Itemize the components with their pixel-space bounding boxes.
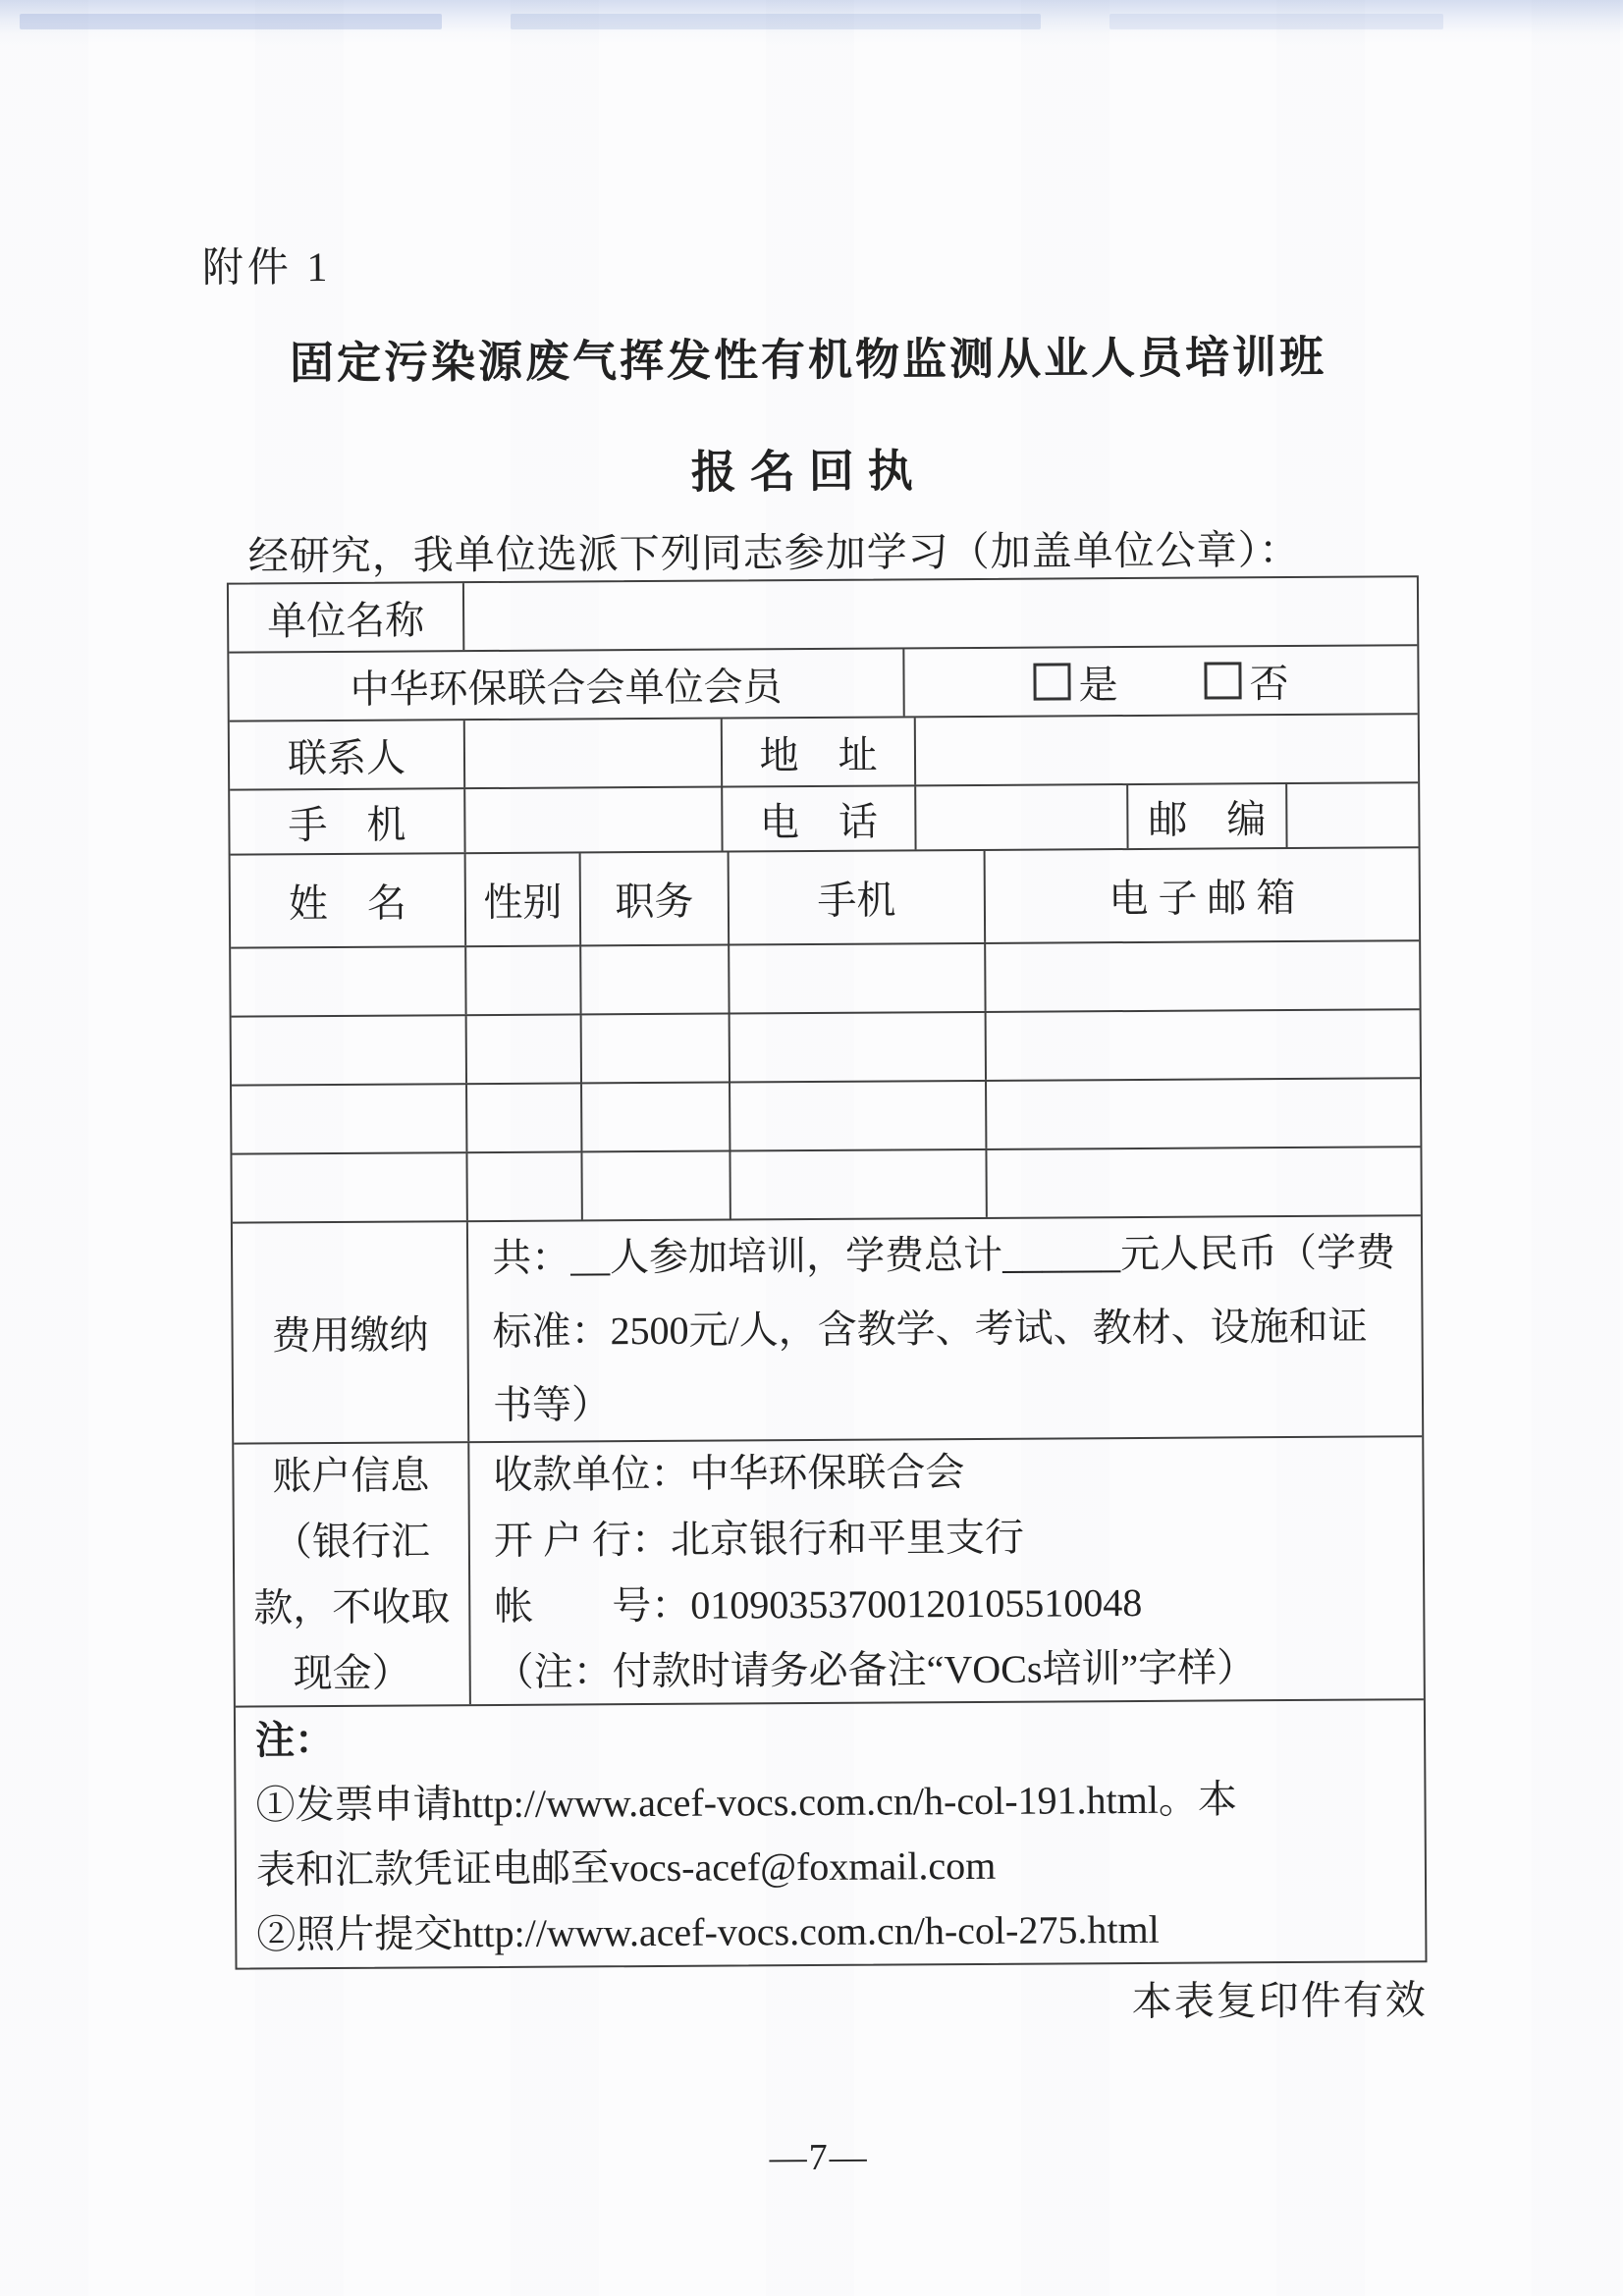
account-label-line: 现金） xyxy=(293,1640,410,1707)
email-line: 表和汇款凭证电邮至vocs-acef@foxmail.com xyxy=(256,1833,997,1902)
account-label-line: 款，不收取 xyxy=(253,1574,450,1640)
address-input-cell[interactable] xyxy=(916,715,1418,784)
zip-label: 邮 编 xyxy=(1128,784,1287,848)
roster-gender-cell[interactable] xyxy=(467,1084,582,1151)
fee-row: 费用缴纳 共：__人参加培训，学费总计______元人民币（学费 标准：2500… xyxy=(233,1216,1422,1444)
phone-input-cell[interactable] xyxy=(916,785,1128,849)
roster-name-cell[interactable] xyxy=(232,1153,467,1221)
page-number: —7— xyxy=(8,2131,1623,2184)
fee-content-cell: 共：__人参加培训，学费总计______元人民币（学费 标准：2500元/人，含… xyxy=(468,1216,1422,1441)
roster-mobile-cell[interactable] xyxy=(730,1013,987,1082)
account-label-line: （银行汇 xyxy=(273,1508,430,1575)
roster-empty-row xyxy=(232,1010,1420,1086)
membership-choice-cell: 是 否 xyxy=(904,646,1417,716)
address-label: 地 址 xyxy=(723,718,916,785)
roster-name-cell[interactable] xyxy=(231,947,466,1015)
unit-name-input-cell[interactable] xyxy=(464,577,1417,650)
notes-title: 注： xyxy=(255,1707,334,1772)
fee-label: 费用缴纳 xyxy=(233,1222,469,1442)
mobile-label: 手 机 xyxy=(230,789,465,853)
attachment-label: 附件 1 xyxy=(202,235,332,294)
unit-name-row: 单位名称 xyxy=(229,577,1417,653)
contact-address-row: 联系人 地 址 xyxy=(230,715,1418,790)
member-no-checkbox[interactable] xyxy=(1204,662,1241,699)
roster-mobile-cell[interactable] xyxy=(730,1082,987,1150)
roster-gender-cell[interactable] xyxy=(467,1015,582,1083)
form-subtitle: 报名回执 xyxy=(0,431,1620,506)
photo-url-line: ②照片提交http://www.acef-vocs.com.cn/h-col-2… xyxy=(256,1896,1160,1967)
page-sheet: 附件 1 固定污染源废气挥发性有机物监测从业人员培训班 报名回执 经研究，我单位… xyxy=(0,0,1623,2296)
member-no-label: 否 xyxy=(1249,653,1288,709)
member-yes-option[interactable]: 是 xyxy=(1033,654,1117,711)
roster-header-gender: 性别 xyxy=(466,853,582,945)
fee-line: 共：__人参加培训，学费总计______元人民币（学费 xyxy=(492,1215,1395,1295)
roster-position-cell[interactable] xyxy=(582,1015,730,1083)
roster-empty-row xyxy=(232,1079,1420,1154)
roster-empty-row xyxy=(231,941,1419,1017)
zip-input-cell[interactable] xyxy=(1287,783,1418,847)
roster-position-cell[interactable] xyxy=(582,1152,730,1220)
registration-table: 单位名称 中华环保联合会单位会员 是 否 xyxy=(227,575,1428,1969)
form-title: 固定污染源废气挥发性有机物监测从业人员培训班 xyxy=(0,319,1620,393)
payment-note-line: （注：付款时请务必备注“VOCs培训”字样） xyxy=(494,1634,1256,1705)
mobile-input-cell[interactable] xyxy=(465,788,723,853)
roster-name-cell[interactable] xyxy=(232,1085,467,1152)
contact-label: 联系人 xyxy=(230,721,465,788)
notes-cell: 注： ①发票申请http://www.acef-vocs.com.cn/h-co… xyxy=(236,1700,1426,1967)
fee-line: 书等） xyxy=(493,1367,611,1442)
roster-header-row: 姓 名 性别 职务 手机 电 子 邮 箱 xyxy=(231,848,1420,948)
fee-line: 标准：2500元/人，含教学、考试、教材、设施和证 xyxy=(492,1290,1368,1368)
roster-email-cell[interactable] xyxy=(986,941,1419,1011)
roster-email-cell[interactable] xyxy=(987,1010,1420,1080)
intro-text: 经研究，我单位选派下列同志参加学习（加盖单位公章）： xyxy=(248,517,1301,582)
roster-email-cell[interactable] xyxy=(987,1079,1420,1148)
account-content-cell: 收款单位：中华环保联合会 开 户 行：北京银行和平里支行 帐 号：0109035… xyxy=(469,1437,1424,1704)
roster-gender-cell[interactable] xyxy=(466,946,581,1014)
roster-mobile-cell[interactable] xyxy=(730,944,986,1013)
roster-name-cell[interactable] xyxy=(232,1016,467,1084)
invoice-url-line: ①发票申请http://www.acef-vocs.com.cn/h-col-1… xyxy=(255,1767,1237,1838)
membership-row: 中华环保联合会单位会员 是 否 xyxy=(229,646,1417,721)
account-row: 账户信息 （银行汇 款，不收取 现金） 收款单位：中华环保联合会 开 户 行：北… xyxy=(234,1437,1424,1707)
member-no-option[interactable]: 否 xyxy=(1204,653,1288,710)
roster-position-cell[interactable] xyxy=(582,1084,730,1151)
roster-gender-cell[interactable] xyxy=(467,1152,582,1220)
roster-header-name: 姓 名 xyxy=(231,854,467,946)
contact-input-cell[interactable] xyxy=(465,720,723,788)
roster-email-cell[interactable] xyxy=(987,1148,1420,1217)
mobile-phone-zip-row: 手 机 电 话 邮 编 xyxy=(230,783,1418,855)
unit-name-label: 单位名称 xyxy=(229,583,464,651)
membership-label: 中华环保联合会单位会员 xyxy=(229,649,904,720)
copy-validity-note: 本表复印件有效 xyxy=(1132,1967,1428,2027)
member-yes-checkbox[interactable] xyxy=(1033,663,1070,700)
account-label: 账户信息 （银行汇 款，不收取 现金） xyxy=(234,1443,471,1705)
roster-header-mobile: 手机 xyxy=(730,851,987,944)
bank-line: 开 户 行：北京银行和平里支行 xyxy=(494,1505,1024,1574)
roster-header-email: 电 子 邮 箱 xyxy=(986,848,1420,942)
roster-position-cell[interactable] xyxy=(581,946,730,1014)
member-yes-label: 是 xyxy=(1078,654,1117,710)
roster-header-position: 职务 xyxy=(581,853,730,945)
phone-label: 电 话 xyxy=(723,786,916,850)
payee-line: 收款单位：中华环保联合会 xyxy=(493,1439,964,1508)
account-label-line: 账户信息 xyxy=(272,1442,429,1509)
roster-mobile-cell[interactable] xyxy=(730,1150,987,1219)
account-number-line: 帐 号：01090353700120105510048 xyxy=(494,1570,1142,1639)
roster-empty-row xyxy=(232,1148,1420,1223)
notes-row: 注： ①发票申请http://www.acef-vocs.com.cn/h-co… xyxy=(236,1700,1426,1967)
